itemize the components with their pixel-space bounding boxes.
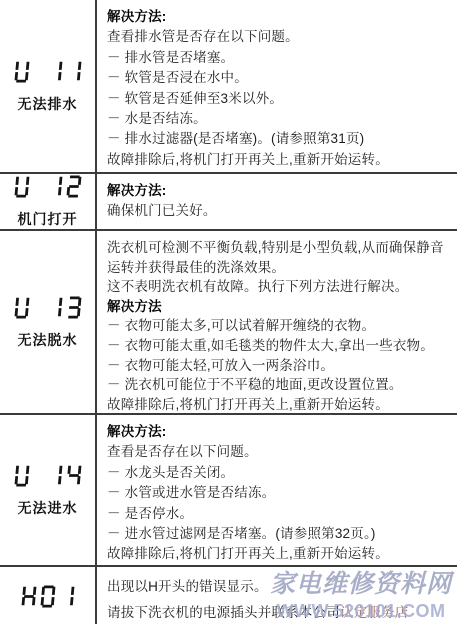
error-code-table: 无法排水 解决方法: 查看排水管是否存在以下问题。 － 排水管是否堵塞。 － 软… xyxy=(0,0,457,624)
solution-line: 查看是否存在以下问题。 xyxy=(107,442,451,462)
solution-line: 故障排除后,将机门打开再关上,重新开始运转。 xyxy=(107,544,451,564)
error-label-u11: 无法排水 xyxy=(18,94,78,114)
solution-line: － 是否停水。 xyxy=(107,504,451,524)
solution-line: － 衣物可能太重,如毛毯类的物件太大,拿出一些衣物。 xyxy=(107,336,451,356)
solution-line: 请拔下洗衣机的电源插头并联系本公司认定服务店 xyxy=(107,600,451,624)
solution-cell-u14: 解决方法: 查看是否存在以下问题。 － 水龙头是否关闭。 － 水管或进水管是否结… xyxy=(97,415,457,565)
solution-heading: 解决方法: xyxy=(107,422,451,442)
solution-heading: 解决方法: xyxy=(107,7,451,27)
solution-line: － 软管是否浸在水中。 xyxy=(107,68,451,88)
solution-heading: 解决方法: xyxy=(107,181,451,201)
solution-line: － 水龙头是否关闭。 xyxy=(107,463,451,483)
error-code-cell-u11: 无法排水 xyxy=(0,0,97,172)
intro-line: 洗衣机可检测不平衡负载,特别是小型负载,从而确保静音运转并获得最佳的洗涤效果。 xyxy=(107,238,451,277)
row-u13: 无法脱水 洗衣机可检测不平衡负载,特别是小型负载,从而确保静音运转并获得最佳的洗… xyxy=(0,229,457,413)
error-label-u12: 机门打开 xyxy=(18,209,78,229)
error-label-u14: 无法进水 xyxy=(18,498,78,518)
error-code-cell-u13: 无法脱水 xyxy=(0,231,97,413)
row-u12: 机门打开 解决方法: 确保机门已关好。 xyxy=(0,172,457,229)
solution-cell-u13: 洗衣机可检测不平衡负载,特别是小型负载,从而确保静音运转并获得最佳的洗涤效果。 … xyxy=(97,231,457,413)
error-code-cell-h01 xyxy=(0,567,97,624)
error-label-u13: 无法脱水 xyxy=(18,330,78,350)
solution-line-text: 请拔下洗衣机的电源插头并联系本公司 xyxy=(107,605,340,620)
solution-cell-h01: 出现以H开头的错误显示。 请拔下洗衣机的电源插头并联系本公司认定服务店 xyxy=(97,567,457,624)
error-code-cell-u12: 机门打开 xyxy=(0,174,97,229)
row-h01: 出现以H开头的错误显示。 请拔下洗衣机的电源插头并联系本公司认定服务店 xyxy=(0,565,457,624)
solution-line: 故障排除后,将机门打开再关上,重新开始运转。 xyxy=(107,395,451,413)
solution-line: － 衣物可能太轻,可放入一两条浴巾。 xyxy=(107,356,451,376)
error-code-cell-u14: 无法进水 xyxy=(0,415,97,565)
solution-line: － 排水管是否堵塞。 xyxy=(107,48,451,68)
solution-line: － 衣物可能太多,可以试着解开缠绕的衣物。 xyxy=(107,316,451,336)
solution-line: － 水是否结冻。 xyxy=(107,109,451,129)
seven-segment-display-u13 xyxy=(13,295,81,319)
solution-line: 确保机门已关好。 xyxy=(107,201,451,221)
seven-segment-display-u11 xyxy=(13,59,81,83)
solution-cell-u12: 解决方法: 确保机门已关好。 xyxy=(97,174,457,229)
seven-segment-display-u14 xyxy=(13,463,81,487)
solution-line: － 水管或进水管是否结冻。 xyxy=(107,483,451,503)
solution-line: － 软管是否延伸至3米以外。 xyxy=(107,89,451,109)
service-shop-text: 认定服务店 xyxy=(340,605,409,620)
solution-heading: 解决方法 xyxy=(107,297,451,317)
solution-line: － 洗衣机可能位于不平稳的地面,更改设置位置。 xyxy=(107,375,451,395)
solution-cell-u11: 解决方法: 查看排水管是否存在以下问题。 － 排水管是否堵塞。 － 软管是否浸在… xyxy=(97,0,457,172)
solution-line: 查看排水管是否存在以下问题。 xyxy=(107,27,451,47)
seven-segment-display-u12 xyxy=(13,174,81,198)
solution-line: － 排水过滤器(是否堵塞)。(请参照第31页) xyxy=(107,129,451,149)
seven-segment-display-h01 xyxy=(20,584,74,608)
solution-line: 出现以H开头的错误显示。 xyxy=(107,574,451,600)
row-u11: 无法排水 解决方法: 查看排水管是否存在以下问题。 － 排水管是否堵塞。 － 软… xyxy=(0,0,457,172)
intro-line: 这不表明洗衣机有故障。执行下列方法进行解决。 xyxy=(107,277,451,297)
solution-line: 故障排除后,将机门打开再关上,重新开始运转。 xyxy=(107,150,451,170)
row-u14: 无法进水 解决方法: 查看是否存在以下问题。 － 水龙头是否关闭。 － 水管或进… xyxy=(0,413,457,565)
solution-line: － 进水管过滤网是否堵塞。(请参照第32页。) xyxy=(107,524,451,544)
